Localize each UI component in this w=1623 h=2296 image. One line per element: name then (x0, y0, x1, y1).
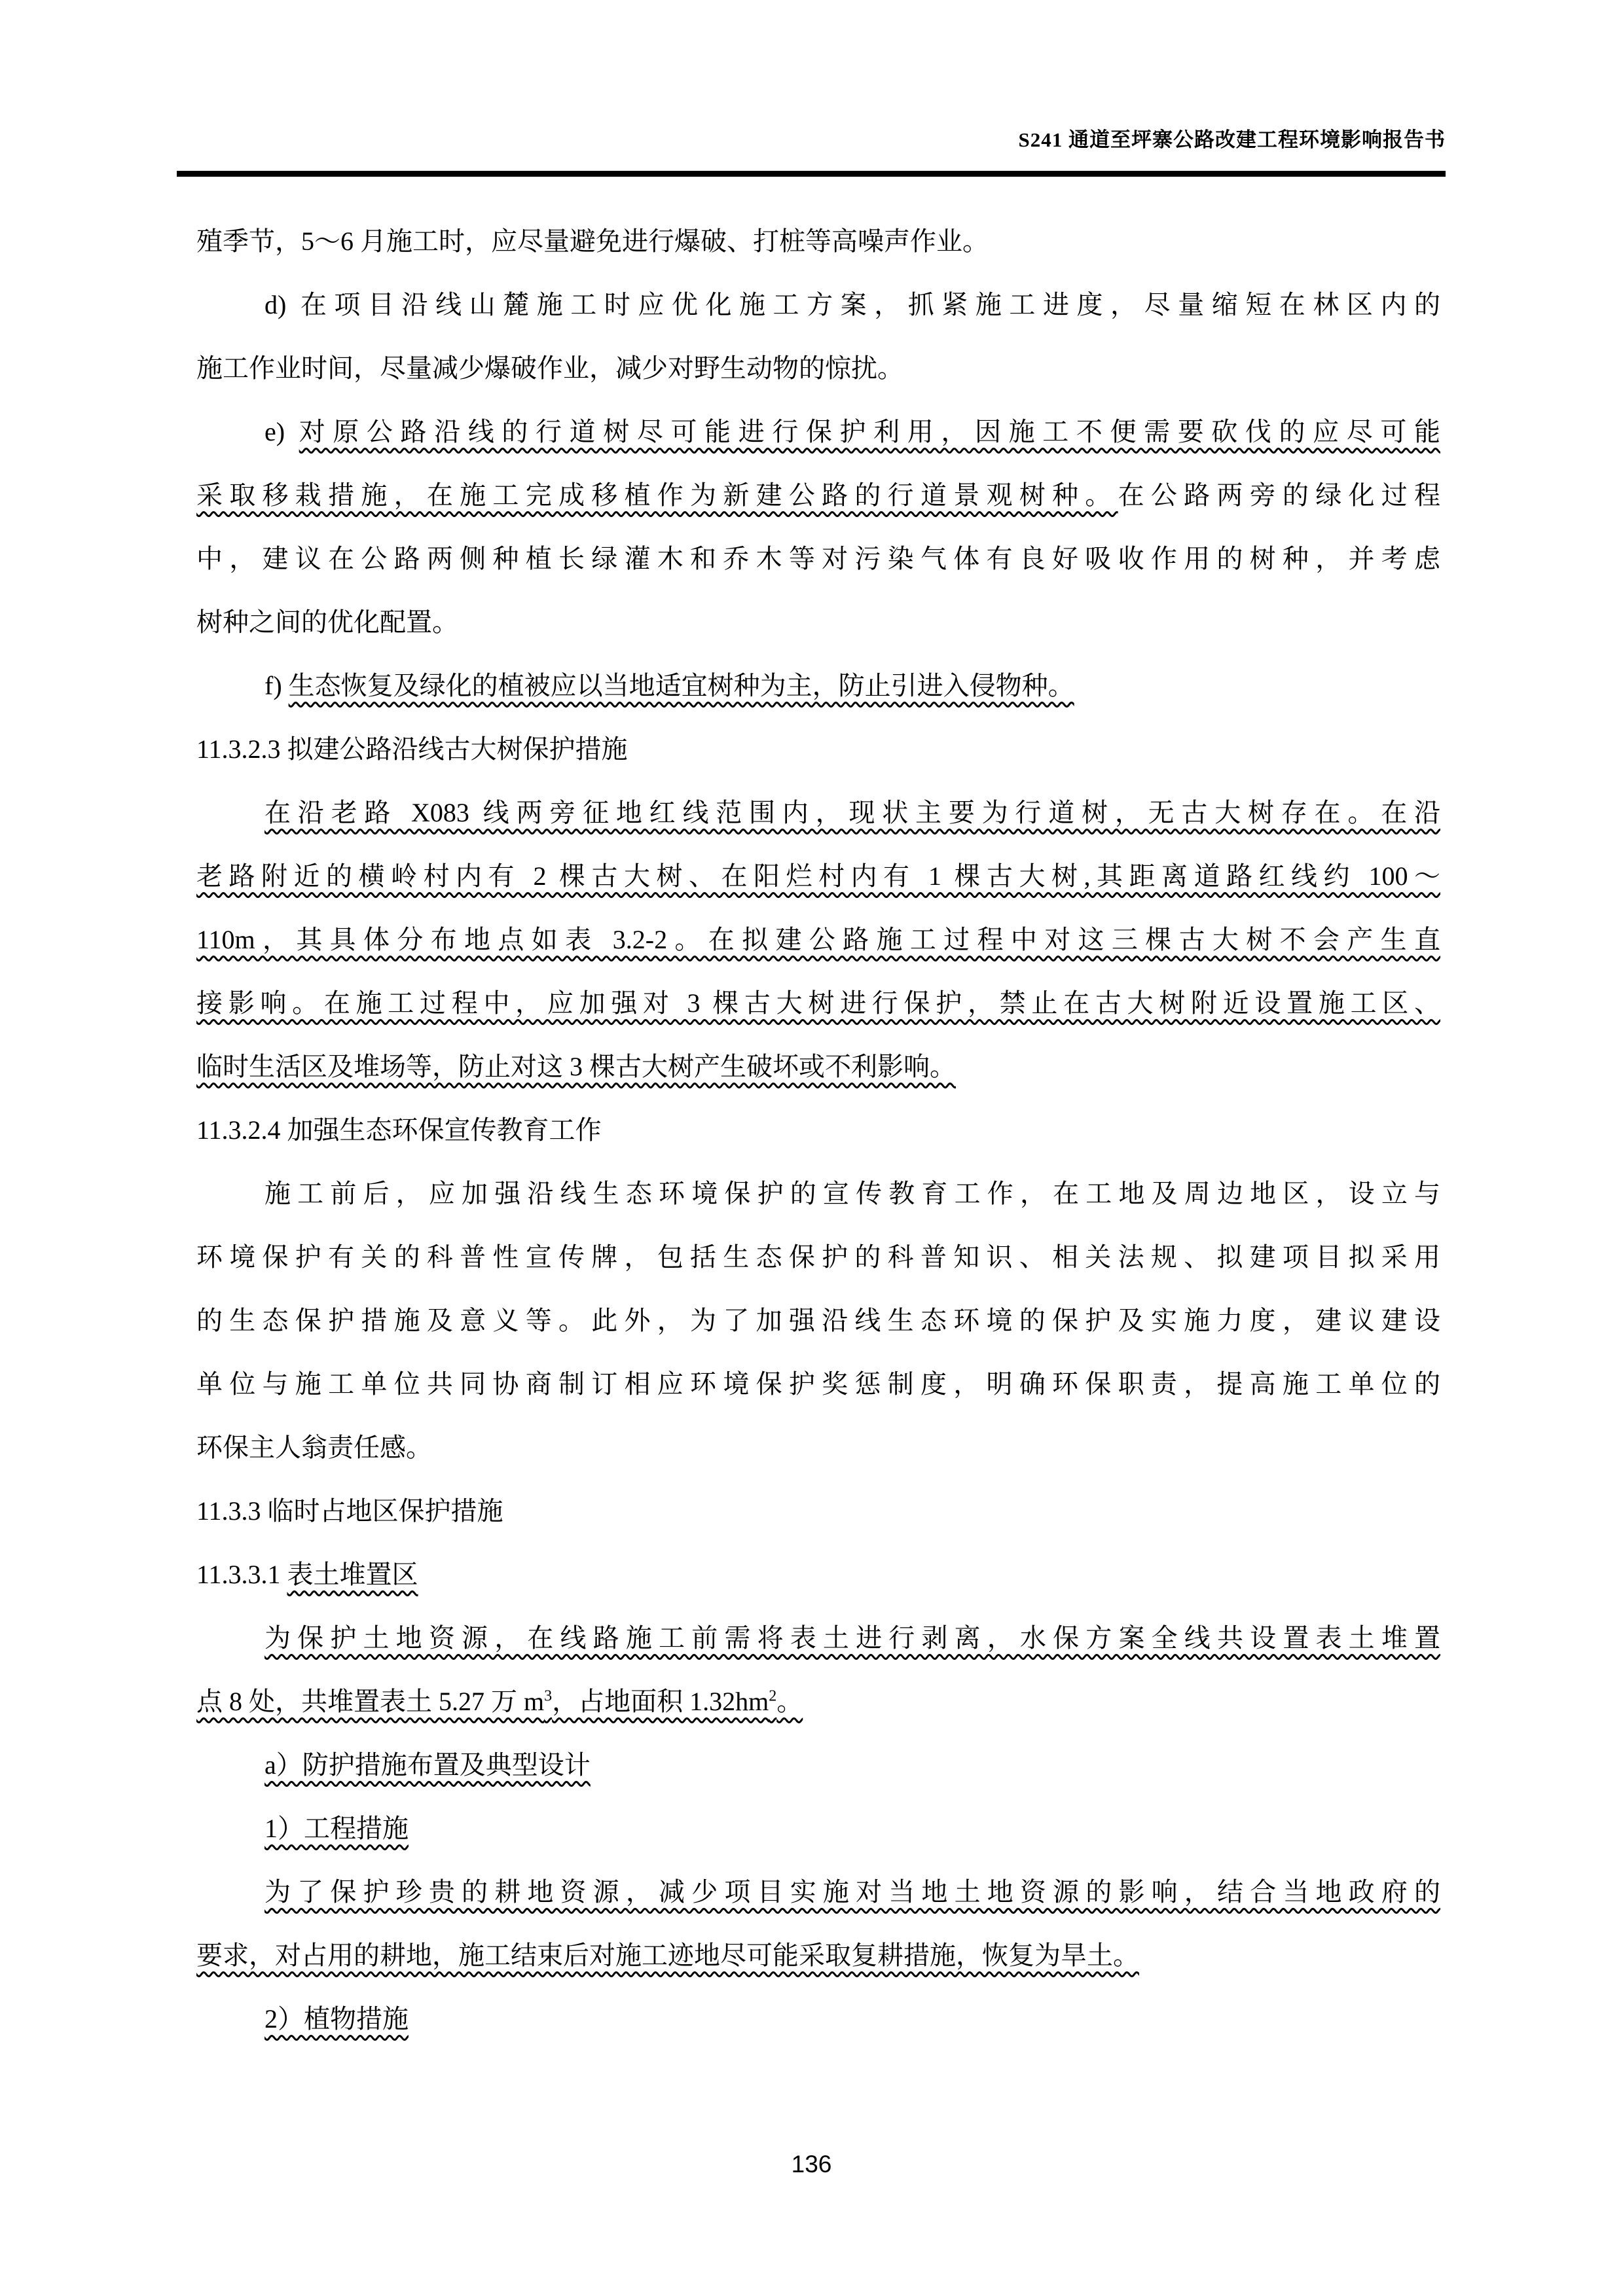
text-line: a）防护措施布置及典型设计 (196, 1733, 1440, 1797)
text-segment: 11.3.2.3 拟建公路沿线古大树保护措施 (196, 734, 628, 764)
wavy-underlined-text: 点 8 处，共堆置表土 5.27 万 m3，占地面积 1.32hm2。 (196, 1687, 803, 1716)
text-line: 施工前后，应加强沿线生态环境保护的宣传教育工作，在工地及周边地区，设立与 (196, 1162, 1440, 1225)
text-line: 1）工程措施 (196, 1797, 1440, 1860)
text-line: 点 8 处，共堆置表土 5.27 万 m3，占地面积 1.32hm2。 (196, 1670, 1440, 1733)
text-segment: 殖季节，5～6 月施工时，应尽量避免进行爆破、打桩等高噪声作业。 (196, 226, 989, 256)
text-segment: 单位与施工单位共同协商制订相应环境保护奖惩制度，明确环保职责，提高施工单位的 (196, 1369, 1440, 1399)
text-segment: d) 在项目沿线山麓施工时应优化施工方案，抓紧施工进度，尽量缩短在林区内的 (264, 290, 1440, 319)
text-segment: 在公路两旁的绿化过程 (1118, 480, 1440, 510)
text-line: 在沿老路 X083 线两旁征地红线范围内，现状主要为行道树，无古大树存在。在沿 (196, 781, 1440, 844)
wavy-underlined-text: 2）植物措施 (264, 2004, 409, 2034)
text-segment: 在沿老路 X083 线两旁征地红线范围内，现状主要为行道树，无古大树存在。在沿 (264, 798, 1440, 827)
text-segment: 采取移栽措施，在施工完成移植作为新建公路的行道景观树种。 (196, 480, 1118, 510)
document-page: S241 通道至坪寨公路改建工程环境影响报告书 殖季节，5～6 月施工时，应尽量… (0, 0, 1623, 2296)
text-segment: 1）工程措施 (264, 1814, 409, 1843)
text-segment: 对原公路沿线的行道树尽可能进行保护利用，因施工不便需要砍伐的应尽可能 (299, 417, 1440, 446)
text-line: 环境保护有关的科普性宣传牌，包括生态保护的科普知识、相关法规、拟建项目拟采用 (196, 1225, 1440, 1289)
text-line: 树种之间的优化配置。 (196, 590, 1440, 654)
text-segment: 环境保护有关的科普性宣传牌，包括生态保护的科普知识、相关法规、拟建项目拟采用 (196, 1242, 1440, 1272)
text-segment: 中，建议在公路两侧种植长绿灌木和乔木等对污染气体有良好吸收作用的树种，并考虑 (196, 544, 1440, 573)
page-number: 136 (792, 2151, 832, 2178)
text-segment: 施工作业时间，尽量减少爆破作业，减少对野生动物的惊扰。 (196, 353, 903, 383)
wavy-underlined-text: 对原公路沿线的行道树尽可能进行保护利用，因施工不便需要砍伐的应尽可能 (299, 417, 1440, 446)
text-line: d) 在项目沿线山麓施工时应优化施工方案，抓紧施工进度，尽量缩短在林区内的 (196, 273, 1440, 336)
text-segment: 。 (776, 1687, 803, 1716)
text-segment: 要求，对占用的耕地，施工结束后对施工迹地尽可能采取复耕措施，恢复为旱土。 (196, 1941, 1139, 1970)
text-segment: 接影响。在施工过程中，应加强对 3 棵古大树进行保护，禁止在古大树附近设置施工区… (196, 988, 1440, 1018)
text-line: f) 生态恢复及绿化的植被应以当地适宜树种为主，防止引进入侵物种。 (196, 654, 1440, 717)
header-rule (177, 171, 1446, 177)
superscript: 3 (544, 1688, 552, 1705)
wavy-underlined-text: 在沿老路 X083 线两旁征地红线范围内，现状主要为行道树，无古大树存在。在沿 (264, 798, 1440, 827)
wavy-underlined-text: 临时生活区及堆场等，防止对这 3 棵古大树产生破坏或不利影响。 (196, 1052, 956, 1081)
text-line: 施工作业时间，尽量减少爆破作业，减少对野生动物的惊扰。 (196, 336, 1440, 400)
text-line: 单位与施工单位共同协商制订相应环境保护奖惩制度，明确环保职责，提高施工单位的 (196, 1352, 1440, 1416)
wavy-underlined-text: 要求，对占用的耕地，施工结束后对施工迹地尽可能采取复耕措施，恢复为旱土。 (196, 1941, 1139, 1970)
wavy-underlined-text: 接影响。在施工过程中，应加强对 3 棵古大树进行保护，禁止在古大树附近设置施工区… (196, 988, 1440, 1018)
wavy-underlined-text: 表土堆置区 (287, 1560, 418, 1589)
text-segment: 临时生活区及堆场等，防止对这 3 棵古大树产生破坏或不利影响。 (196, 1052, 956, 1081)
text-segment: 点 8 处，共堆置表土 5.27 万 m (196, 1687, 544, 1716)
wavy-underlined-text: a）防护措施布置及典型设计 (264, 1750, 591, 1780)
text-segment: 11.3.2.4 加强生态环保宣传教育工作 (196, 1115, 602, 1145)
text-segment: 生态恢复及绿化的植被应以当地适宜树种为主，防止引进入侵物种。 (289, 671, 1074, 700)
text-line: 11.3.2.4 加强生态环保宣传教育工作 (196, 1098, 1440, 1162)
text-segment: 的生态保护措施及意义等。此外，为了加强沿线生态环境的保护及实施力度，建议建设 (196, 1306, 1440, 1335)
text-line: 环保主人翁责任感。 (196, 1416, 1440, 1479)
text-line: 要求，对占用的耕地，施工结束后对施工迹地尽可能采取复耕措施，恢复为旱土。 (196, 1924, 1440, 1987)
text-line: 采取移栽措施，在施工完成移植作为新建公路的行道景观树种。在公路两旁的绿化过程 (196, 463, 1440, 527)
text-segment: 为了保护珍贵的耕地资源，减少项目实施对当地土地资源的影响，结合当地政府的 (264, 1877, 1440, 1907)
text-segment: 为保护土地资源，在线路施工前需将表土进行剥离，水保方案全线共设置表土堆置 (264, 1623, 1440, 1653)
wavy-underlined-text: 生态恢复及绿化的植被应以当地适宜树种为主，防止引进入侵物种。 (289, 671, 1074, 700)
text-line: e) 对原公路沿线的行道树尽可能进行保护利用，因施工不便需要砍伐的应尽可能 (196, 400, 1440, 463)
text-line: 中，建议在公路两侧种植长绿灌木和乔木等对污染气体有良好吸收作用的树种，并考虑 (196, 527, 1440, 590)
text-line: 临时生活区及堆场等，防止对这 3 棵古大树产生破坏或不利影响。 (196, 1035, 1440, 1098)
wavy-underlined-text: 老路附近的横岭村内有 2 棵古大树、在阳烂村内有 1 棵古大树,其距离道路红线约… (196, 861, 1440, 891)
text-segment: 2）植物措施 (264, 2004, 409, 2034)
text-line: 11.3.3.1 表土堆置区 (196, 1543, 1440, 1606)
text-segment: a）防护措施布置及典型设计 (264, 1750, 591, 1780)
text-segment: 老路附近的横岭村内有 2 棵古大树、在阳烂村内有 1 棵古大树,其距离道路红线约… (196, 861, 1440, 891)
text-line: 11.3.2.3 拟建公路沿线古大树保护措施 (196, 717, 1440, 781)
document-body: 殖季节，5～6 月施工时，应尽量避免进行爆破、打桩等高噪声作业。d) 在项目沿线… (196, 209, 1440, 2051)
text-segment: 树种之间的优化配置。 (196, 607, 458, 637)
text-line: 老路附近的横岭村内有 2 棵古大树、在阳烂村内有 1 棵古大树,其距离道路红线约… (196, 844, 1440, 908)
text-segment: ，占地面积 1.32hm (552, 1687, 769, 1716)
superscript: 2 (769, 1688, 776, 1705)
wavy-underlined-text: 采取移栽措施，在施工完成移植作为新建公路的行道景观树种。 (196, 480, 1118, 510)
wavy-underlined-text: 为了保护珍贵的耕地资源，减少项目实施对当地土地资源的影响，结合当地政府的 (264, 1877, 1440, 1907)
text-segment: 环保主人翁责任感。 (196, 1433, 432, 1462)
wavy-underlined-text: 1）工程措施 (264, 1814, 409, 1843)
text-segment: 施工前后，应加强沿线生态环境保护的宣传教育工作，在工地及周边地区，设立与 (264, 1179, 1440, 1208)
wavy-underlined-text: 110m，其具体分布地点如表 3.2-2。在拟建公路施工过程中对这三棵古大树不会… (196, 925, 1440, 954)
page-footer: 136 (0, 2149, 1623, 2179)
text-segment: 110m，其具体分布地点如表 3.2-2。在拟建公路施工过程中对这三棵古大树不会… (196, 925, 1440, 954)
text-line: 11.3.3 临时占地区保护措施 (196, 1479, 1440, 1543)
text-line: 为了保护珍贵的耕地资源，减少项目实施对当地土地资源的影响，结合当地政府的 (196, 1860, 1440, 1924)
header-title: S241 通道至坪寨公路改建工程环境影响报告书 (196, 126, 1446, 154)
text-line: 殖季节，5～6 月施工时，应尽量避免进行爆破、打桩等高噪声作业。 (196, 209, 1440, 273)
text-line: 2）植物措施 (196, 1987, 1440, 2051)
text-segment: 11.3.3 临时占地区保护措施 (196, 1496, 503, 1526)
text-segment: e) (264, 417, 299, 446)
text-line: 110m，其具体分布地点如表 3.2-2。在拟建公路施工过程中对这三棵古大树不会… (196, 908, 1440, 971)
text-line: 接影响。在施工过程中，应加强对 3 棵古大树进行保护，禁止在古大树附近设置施工区… (196, 971, 1440, 1035)
text-segment: 11.3.3.1 (196, 1560, 287, 1589)
text-segment: 表土堆置区 (287, 1560, 418, 1589)
wavy-underlined-text: 为保护土地资源，在线路施工前需将表土进行剥离，水保方案全线共设置表土堆置 (264, 1623, 1440, 1653)
text-line: 为保护土地资源，在线路施工前需将表土进行剥离，水保方案全线共设置表土堆置 (196, 1606, 1440, 1670)
text-line: 的生态保护措施及意义等。此外，为了加强沿线生态环境的保护及实施力度，建议建设 (196, 1289, 1440, 1352)
text-segment: f) (264, 671, 289, 700)
